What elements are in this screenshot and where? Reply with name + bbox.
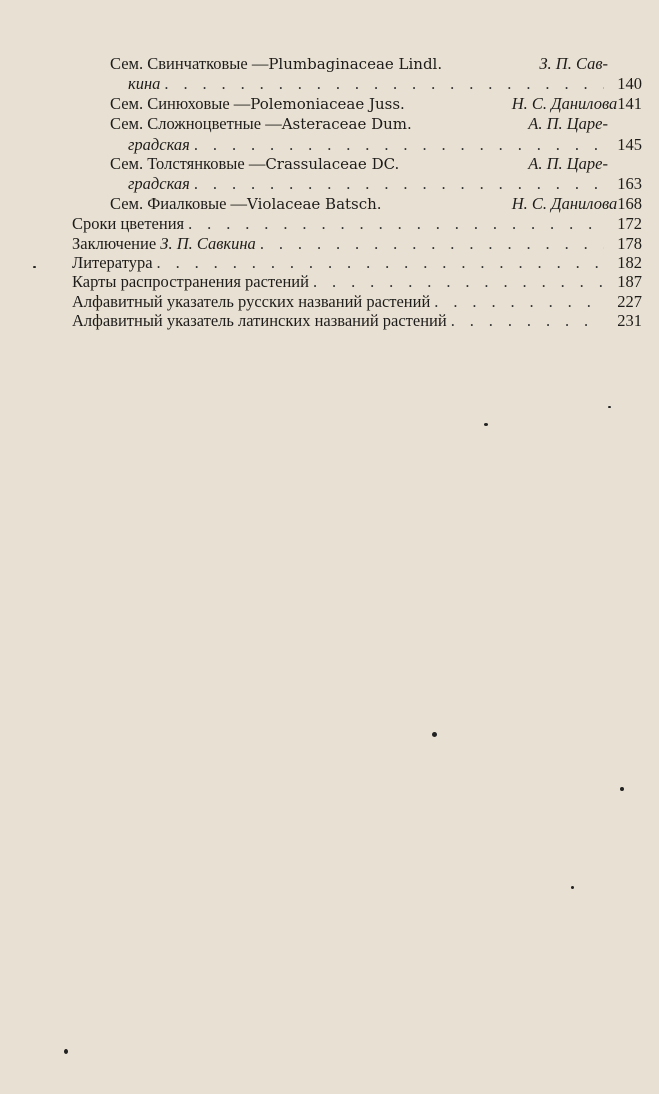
page-number[interactable]: 163	[608, 174, 642, 193]
leader-dots: . . . . . . . . . . . . . . . . . . . . …	[188, 214, 604, 233]
entry-title: Сем. Сложноцветные —	[110, 114, 282, 133]
scan-speck	[432, 732, 437, 737]
page-number[interactable]: 168	[617, 194, 642, 213]
leader-dots: . . . . . . . . . . . . . . . . . . . . …	[313, 272, 604, 291]
entry-author: Н. С. Данилова	[512, 194, 618, 213]
page-number[interactable]: 231	[608, 311, 642, 330]
toc-entry-asteraceae: Сем. Сложноцветные — Asteraceae Dum. А. …	[72, 114, 642, 154]
page-number[interactable]: 227	[608, 292, 642, 311]
leader-dots: . . . . . . . . . . . . . . . . . . . . …	[434, 292, 604, 311]
table-of-contents: Сем. Свинчатковые — Plumbaginaceae Lindl…	[72, 54, 642, 331]
entry-latin-name: Polemoniaceae Juss.	[250, 95, 405, 114]
page-number[interactable]: 141	[617, 94, 642, 113]
leader-dots: . . . . . . . . . . . . . . . . . . . . …	[157, 253, 604, 272]
scan-speck	[620, 787, 624, 791]
section-title: Алфавитный указатель латинских названий …	[72, 311, 447, 330]
section-title: Сроки цветения	[72, 214, 184, 233]
entry-author-cont: градская	[128, 135, 190, 154]
entry-author: З. П. Сав-	[539, 54, 608, 73]
entry-latin-name: Crassulaceae DC.	[265, 155, 399, 174]
toc-entry-crassulaceae: Сем. Толстянковые — Crassulaceae DC. А. …	[72, 154, 642, 194]
page-number[interactable]: 182	[608, 253, 642, 272]
scan-speck	[64, 1049, 68, 1054]
page-number[interactable]: 187	[608, 272, 642, 291]
toc-entry-violaceae: Сем. Фиалковые — Violaceae Batsch. Н. С.…	[72, 194, 642, 214]
toc-section-conclusion: Заключение З. П. Савкина . . . . . . . .…	[72, 234, 642, 253]
section-title: Заключение	[72, 234, 160, 253]
scan-speck	[608, 406, 611, 408]
toc-section-russian-index: Алфавитный указатель русских названий ра…	[72, 292, 642, 311]
entry-author: А. П. Царе-	[528, 154, 608, 173]
section-author: З. П. Савкина	[160, 234, 256, 253]
toc-entry-polemoniaceae: Сем. Синюховые — Polemoniaceae Juss. Н. …	[72, 94, 642, 114]
document-page: Сем. Свинчатковые — Plumbaginaceae Lindl…	[0, 0, 659, 1094]
page-number[interactable]: 172	[608, 214, 642, 233]
section-title: Карты распространения растений	[72, 272, 309, 291]
page-number[interactable]: 178	[608, 234, 642, 253]
section-title: Литература	[72, 253, 153, 272]
leader-dots: . . . . . . . . . . . . . . . . . . . . …	[194, 174, 604, 193]
toc-section-literature: Литература . . . . . . . . . . . . . . .…	[72, 253, 642, 272]
page-number[interactable]: 140	[608, 74, 642, 93]
scan-speck	[571, 886, 574, 889]
leader-dots: . . . . . . . . . . . . . . . . . . . . …	[164, 74, 604, 93]
scan-speck	[484, 423, 488, 426]
section-title: Алфавитный указатель русских названий ра…	[72, 292, 430, 311]
entry-title: Сем. Толстянковые —	[110, 154, 265, 173]
toc-section-flowering-dates: Сроки цветения . . . . . . . . . . . . .…	[72, 214, 642, 233]
toc-section-latin-index: Алфавитный указатель латинских названий …	[72, 311, 642, 330]
entry-title: Сем. Фиалковые —	[110, 194, 247, 213]
page-number[interactable]: 145	[608, 135, 642, 154]
entry-author-cont: градская	[128, 174, 190, 193]
leader-dots: . . . . . . . . . . . . . . . . . . . . …	[451, 311, 604, 330]
leader-dots: . . . . . . . . . . . . . . . . . . . . …	[260, 234, 604, 253]
entry-author-cont: кина	[128, 74, 160, 93]
entry-title: Сем. Синюховые —	[110, 94, 250, 113]
scan-speck	[33, 266, 36, 268]
entry-author: Н. С. Данилова	[512, 94, 618, 113]
toc-entry-plumbaginaceae: Сем. Свинчатковые — Plumbaginaceae Lindl…	[72, 54, 642, 94]
entry-author: А. П. Царе-	[528, 114, 608, 133]
entry-latin-name: Violaceae Batsch.	[247, 195, 382, 214]
toc-section-distribution-maps: Карты распространения растений . . . . .…	[72, 272, 642, 291]
entry-title: Сем. Свинчатковые —	[110, 54, 268, 73]
leader-dots: . . . . . . . . . . . . . . . . . . . . …	[194, 135, 604, 154]
entry-latin-name: Plumbaginaceae Lindl.	[268, 55, 442, 74]
entry-latin-name: Asteraceae Dum.	[282, 115, 412, 134]
